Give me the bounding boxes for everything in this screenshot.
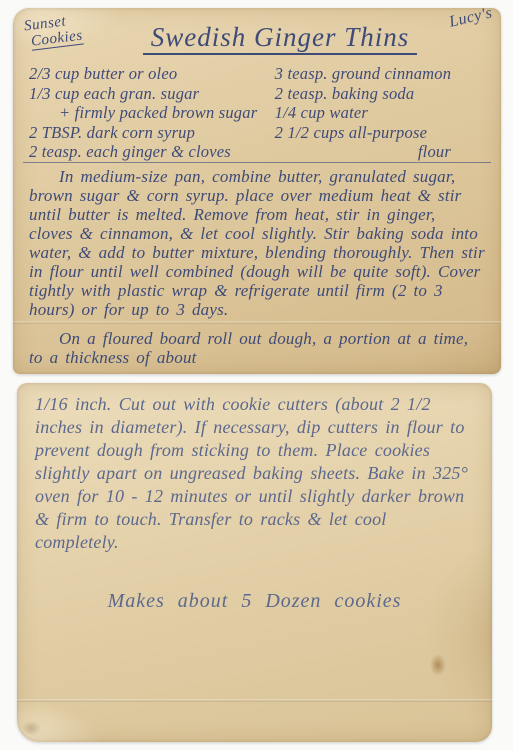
ink-divider [23, 162, 491, 163]
recipe-card-back: 1/16 inch. Cut out with cookie cutters (… [17, 383, 492, 742]
ingredients-right-column: 3 teasp. ground cinnamon 2 teasp. baking… [271, 64, 485, 162]
title-row: Swedish Ginger Thins [29, 12, 485, 62]
ingredients-left-column: 2/3 cup butter or oleo 1/3 cup each gran… [29, 64, 271, 162]
instructions-paragraph-1: In medium-size pan, combine butter, gran… [29, 167, 485, 319]
stain-mark [430, 654, 446, 676]
ingredient-line-flour: flour [275, 142, 485, 162]
card-crease [17, 699, 492, 702]
yield-line: Makes about 5 Dozen cookies [35, 590, 474, 613]
recipe-title: Swedish Ginger Thins [143, 22, 418, 55]
ingredient-line: 2 teasp. each ginger & cloves [29, 142, 271, 162]
ingredient-line: 1/3 cup each gran. sugar [29, 84, 271, 104]
ingredient-line: 3 teasp. ground cinnamon [275, 64, 485, 84]
ingredient-line: 2 TBSP. dark corn syrup [29, 123, 271, 143]
ingredients-section: 2/3 cup butter or oleo 1/3 cup each gran… [29, 64, 485, 162]
ingredient-line: 2/3 cup butter or oleo [29, 64, 271, 84]
recipe-card-front: Sunset Cookies Lucy's Swedish Ginger Thi… [13, 8, 501, 374]
ingredient-line: 2 1/2 cups all-purpose [275, 123, 485, 143]
instructions-paragraph-3: 1/16 inch. Cut out with cookie cutters (… [35, 393, 474, 554]
instructions-paragraph-2: On a floured board roll out dough, a por… [29, 329, 485, 367]
dog-eared-corner [21, 710, 55, 736]
photo-background: Sunset Cookies Lucy's Swedish Ginger Thi… [0, 0, 513, 750]
ingredient-line: 1/4 cup water [275, 103, 485, 123]
ingredient-line: 2 teasp. baking soda [275, 84, 485, 104]
card-crease [13, 321, 501, 324]
corner-label: Sunset Cookies [23, 12, 83, 52]
ingredient-line: + firmly packed brown sugar [29, 103, 271, 123]
